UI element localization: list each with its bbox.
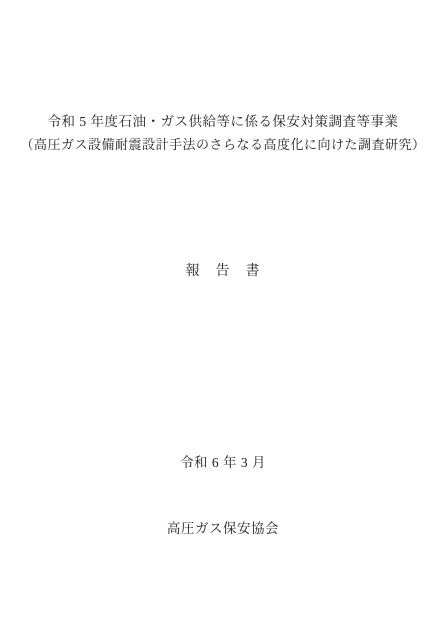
report-title-line2: （高圧ガス設備耐震設計手法のさらなる高度化に向けた調査研究） xyxy=(0,138,446,151)
report-title-line1: 令和 5 年度石油・ガス供給等に係る保安対策調査等事業 xyxy=(0,115,446,129)
report-label: 報 告 書 xyxy=(0,265,446,279)
report-cover-page: 令和 5 年度石油・ガス供給等に係る保安対策調査等事業 （高圧ガス設備耐震設計手… xyxy=(0,0,446,630)
organization-name: 高圧ガス保安協会 xyxy=(0,522,446,536)
publication-date: 令和 6 年 3 月 xyxy=(0,456,446,470)
